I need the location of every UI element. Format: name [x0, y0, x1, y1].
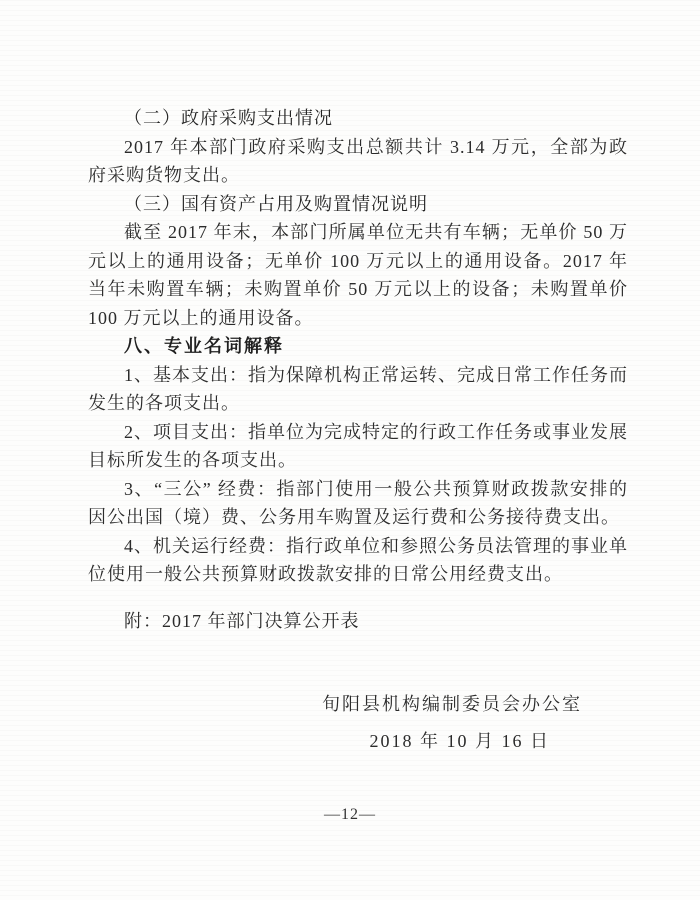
- paragraph-procurement-detail: 2017 年本部门政府采购支出总额共计 3.14 万元，全部为政府采购货物支出。: [88, 133, 628, 190]
- document-body: （二）政府采购支出情况 2017 年本部门政府采购支出总额共计 3.14 万元，…: [88, 104, 628, 653]
- paragraph-term-operating-funds: 4、机关运行经费：指行政单位和参照公务员法管理的事业单位使用一般公共预算财政拨款…: [88, 532, 628, 589]
- section-subheading-government-procurement: （二）政府采购支出情况: [88, 104, 628, 133]
- signature-organization: 旬阳县机构编制委员会办公室: [0, 690, 700, 718]
- scanned-document-page: （二）政府采购支出情况 2017 年本部门政府采购支出总额共计 3.14 万元，…: [0, 0, 700, 900]
- paragraph-state-assets-detail: 截至 2017 年末，本部门所属单位无共有车辆；无单价 50 万元以上的通用设备…: [88, 218, 628, 332]
- section-subheading-state-assets: （三）国有资产占用及购置情况说明: [88, 190, 628, 219]
- paragraph-term-basic-expenditure: 1、基本支出：指为保障机构正常运转、完成日常工作任务而发生的各项支出。: [88, 361, 628, 418]
- page-number: —12—: [0, 806, 700, 824]
- section-heading-terminology: 八、专业名词解释: [88, 332, 628, 361]
- signature-date: 2018 年 10 月 16 日: [0, 727, 700, 755]
- attachment-note: 附：2017 年部门决算公开表: [88, 607, 628, 636]
- paragraph-term-project-expenditure: 2、项目支出：指单位为完成特定的行政工作任务或事业发展目标所发生的各项支出。: [88, 418, 628, 475]
- paragraph-term-three-public-funds: 3、“三公” 经费：指部门使用一般公共预算财政拨款安排的因公出国（境）费、公务用…: [88, 475, 628, 532]
- signature-block: 旬阳县机构编制委员会办公室 2018 年 10 月 16 日: [0, 690, 700, 755]
